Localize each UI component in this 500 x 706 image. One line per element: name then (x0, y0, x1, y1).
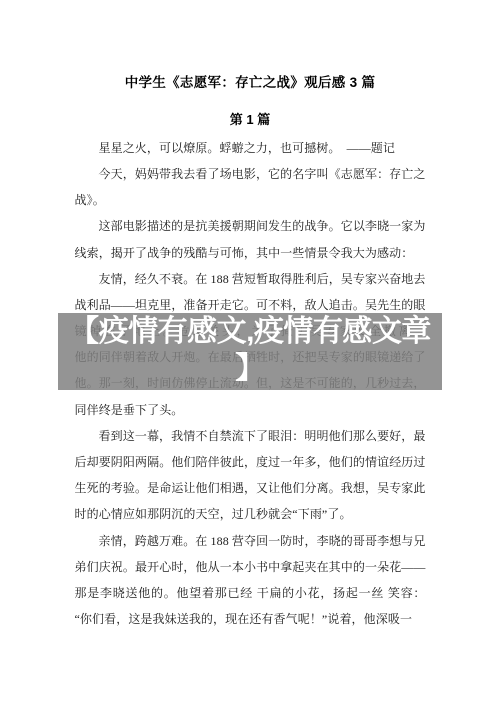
text-line: 今天，妈妈带我去看了场电影，它的名字叫《志愿军：存亡之 (75, 161, 426, 187)
text-line: “你们看，这是我妹送我的，现在还有香气呢！”说着，他深吸一 (75, 606, 426, 632)
watermark-overlay: 【疫情有感文,疫情有感文章 】 (58, 313, 442, 390)
text-line: 生死的考验。是命运让他们相遇，又让他们分离。我想，吴专家此 (75, 475, 426, 501)
text-line: 弟们庆祝。最开心时，他从一本小书中拿起夹在其中的一朵花—— (75, 554, 426, 580)
text-line: 这部电影描述的是抗美援朝期间发生的战争。它以李晓一家为 (75, 213, 426, 239)
text-line: 星星之火，可以燎原。蜉蝣之力，也可撼树。 ——题记 (75, 135, 426, 161)
paragraph: 今天，妈妈带我去看了场电影，它的名字叫《志愿军：存亡之战》。 (75, 161, 426, 213)
text-line: 线索，揭开了战争的残酷与可怖，其中一些情景令我大为感动： (75, 240, 426, 266)
text-line: 时的心情应如那阴沉的天空，过几秒就会“下雨”了。 (75, 501, 426, 527)
paragraph: 看到这一幕，我情不自禁流下了眼泪：明明他们那么要好，最后却要阴阳两隔。他们陪伴彼… (75, 423, 426, 528)
text-line: 后却要阴阳两隔。他们陪伴彼此，度过一年多，他们的情谊经历过 (75, 449, 426, 475)
paragraph: 这部电影描述的是抗美援朝期间发生的战争。它以李晓一家为线索，揭开了战争的残酷与可… (75, 213, 426, 265)
watermark-text-line-2: 】 (58, 350, 442, 387)
text-line: 同伴终是垂下了头。 (75, 397, 426, 423)
text-line: 看到这一幕，我情不自禁流下了眼泪：明明他们那么要好，最 (75, 423, 426, 449)
document-title: 中学生《志愿军：存亡之战》观后感 3 篇 (0, 0, 500, 91)
text-line: 那是李晓送他的。他望着那已经 干扁的小花，扬起一丝 笑容： (75, 580, 426, 606)
watermark-text-line-1: 【疫情有感文,疫情有感文章 (58, 313, 442, 350)
section-heading: 第 1 篇 (0, 112, 500, 128)
text-line: 亲情，跨越万难。在 188 营夺回一防时，李晓的哥哥李想与兄 (75, 528, 426, 554)
paragraph: 星星之火，可以燎原。蜉蝣之力，也可撼树。 ——题记 (75, 135, 426, 161)
text-line: 友情，经久不衰。在 188 营短暂取得胜利后，吴专家兴奋地去 (75, 266, 426, 292)
document-page: 中学生《志愿军：存亡之战》观后感 3 篇 第 1 篇 星星之火，可以燎原。蜉蝣之… (0, 0, 500, 706)
paragraph: 亲情，跨越万难。在 188 营夺回一防时，李晓的哥哥李想与兄弟们庆祝。最开心时，… (75, 528, 426, 633)
text-line: 战》。 (75, 187, 426, 213)
